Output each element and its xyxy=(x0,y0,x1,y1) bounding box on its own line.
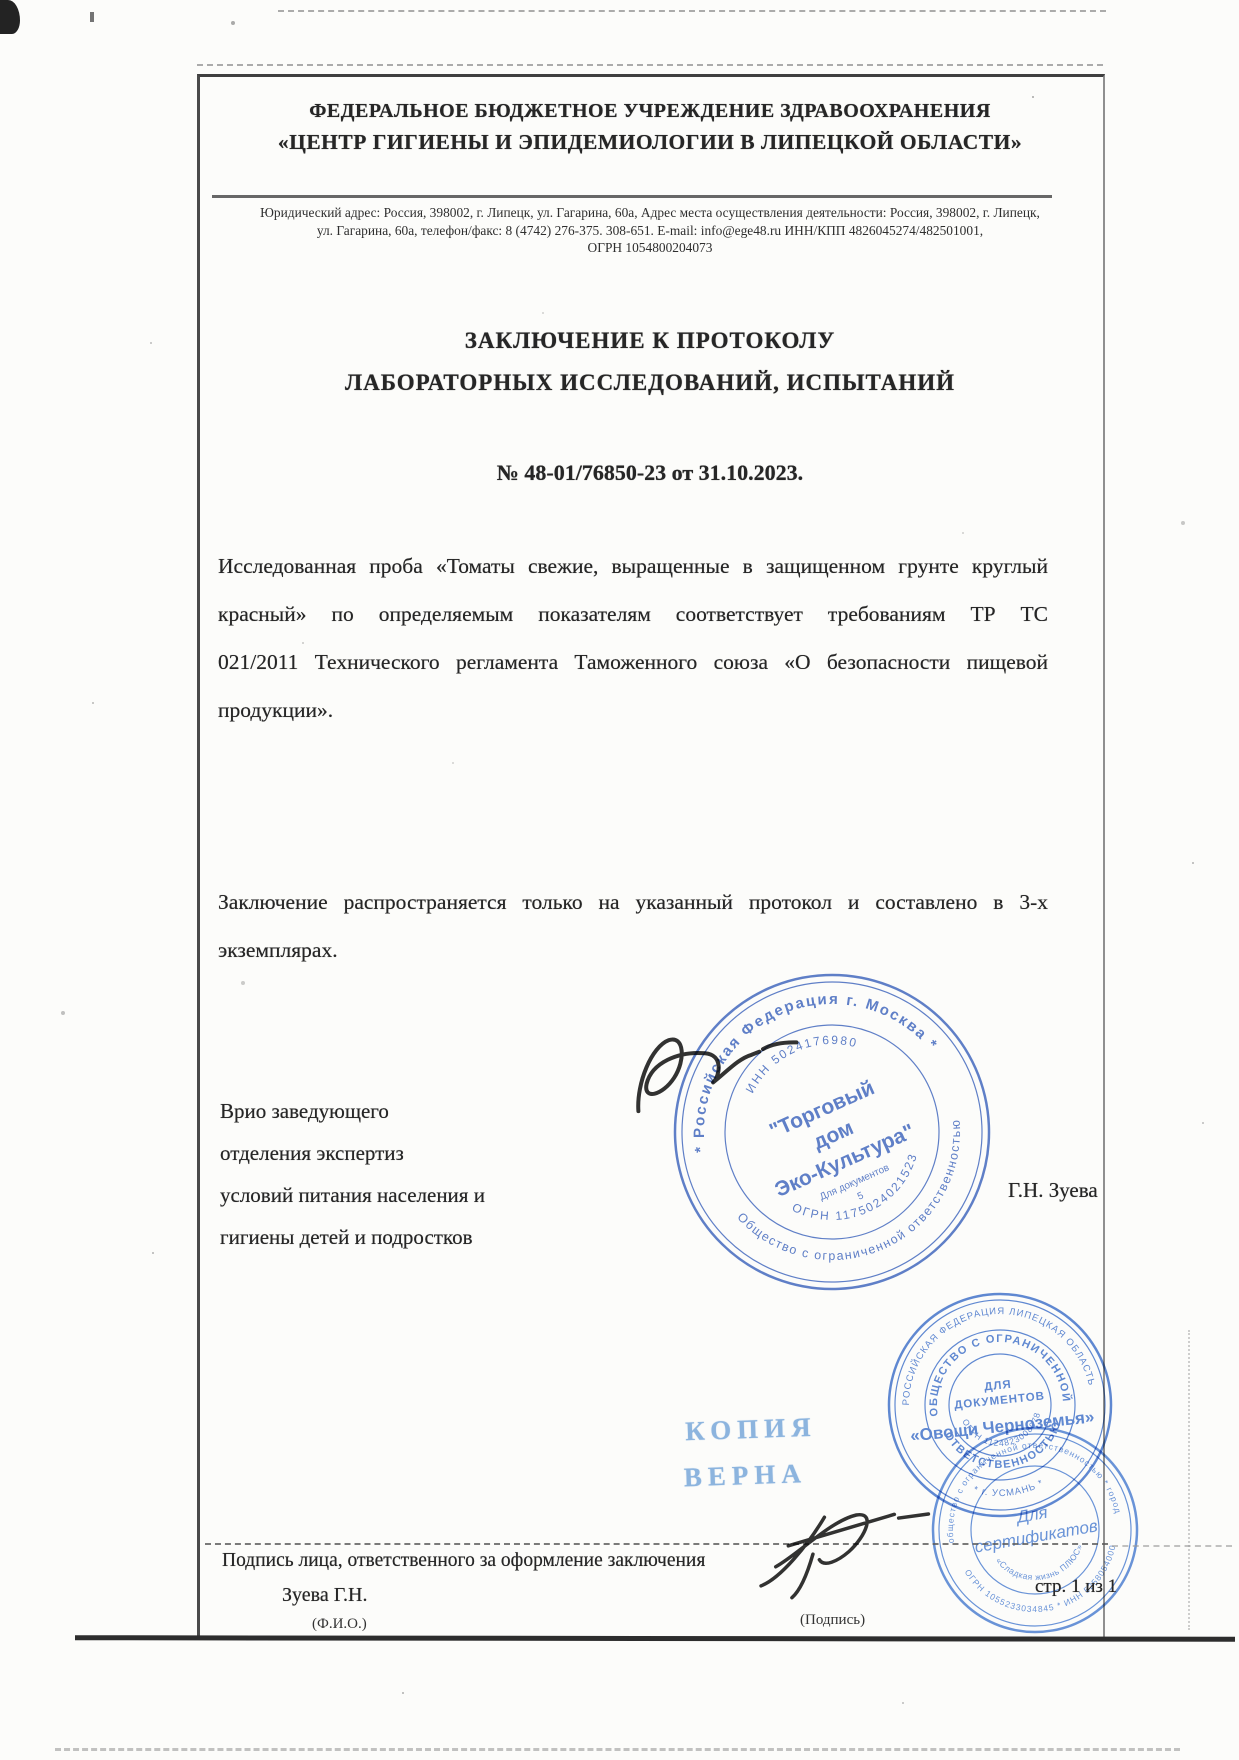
document-title-line1: ЗАКЛЮЧЕНИЕ К ПРОТОКОЛУ xyxy=(200,328,1100,354)
frame-top-ghost-line xyxy=(197,64,1103,66)
footer-caption: Подпись лица, ответственного за оформлен… xyxy=(222,1550,705,1572)
signature-stroke-graphic xyxy=(744,1476,942,1604)
org-name-line1: ФЕДЕРАЛЬНОЕ БЮДЖЕТНОЕ УЧРЕЖДЕНИЕ ЗДРАВОО… xyxy=(200,100,1100,123)
signatory-position-line1: Врио заведующего xyxy=(220,1090,485,1132)
scanned-document-page: ФЕДЕРАЛЬНОЕ БЮДЖЕТНОЕ УЧРЕЖДЕНИЕ ЗДРАВОО… xyxy=(0,0,1239,1760)
stamp2-center-line1: ДЛЯ xyxy=(984,1379,1013,1394)
org-address-line3: ОГРН 1054800204073 xyxy=(200,239,1100,257)
scan-corner-blob xyxy=(0,0,20,34)
copy-verna-line1: КОПИЯ xyxy=(684,1404,817,1455)
document-title-line2: ЛАБОРАТОРНЫХ ИССЛЕДОВАНИЙ, ИСПЫТАНИЙ xyxy=(200,370,1100,396)
signatory-position-line3: условий питания населения и xyxy=(220,1174,485,1216)
scan-specks xyxy=(0,0,2,2)
conclusion-paragraph: Исследованная проба «Томаты свежие, выра… xyxy=(218,542,1048,734)
org-address-line2: ул. Гагарина, 60а, телефон/факс: 8 (4742… xyxy=(200,222,1100,240)
signatory-name: Г.Н. Зуева xyxy=(1008,1178,1098,1203)
handwritten-signature-footer xyxy=(744,1476,942,1604)
header-divider xyxy=(212,195,1052,198)
scan-edge-streak xyxy=(1188,1330,1190,1630)
org-name-line2: «ЦЕНТР ГИГИЕНЫ И ЭПИДЕМИОЛОГИИ В ЛИПЕЦКО… xyxy=(200,130,1100,155)
footer-fio-label: (Ф.И.О.) xyxy=(312,1616,367,1633)
signatory-position-line2: отделения экспертиз xyxy=(220,1132,485,1174)
scan-noise-line-bottom xyxy=(55,1748,1180,1751)
stamp-circle-graphic: общество с ограниченной ответственностью… xyxy=(908,1403,1163,1658)
footer-sign-label: (Подпись) xyxy=(800,1612,865,1629)
stamp2-center-line2: ДОКУМЕНТОВ xyxy=(954,1390,1046,1411)
footer-divider xyxy=(205,1543,1108,1545)
bottom-frame-line xyxy=(75,1635,1235,1642)
stamp1-number-label: 5 xyxy=(856,1190,866,1202)
scan-tick-mark xyxy=(90,12,94,22)
org-address-block: Юридический адрес: Россия, 398002, г. Ли… xyxy=(200,204,1100,257)
stamp3-center-line1: Для xyxy=(1014,1503,1049,1527)
document-number: № 48-01/76850-23 от 31.10.2023. xyxy=(200,460,1100,486)
scan-noise-line-top xyxy=(278,10,1106,12)
signatory-position-line4: гигиены детей и подростков xyxy=(220,1216,485,1258)
signatory-position-block: Врио заведующего отделения экспертиз усл… xyxy=(220,1090,485,1258)
page-number-label: стр. 1 из 1 xyxy=(1035,1576,1117,1598)
org-address-line1: Юридический адрес: Россия, 398002, г. Ли… xyxy=(200,204,1100,222)
footer-fio-value: Зуева Г.Н. xyxy=(282,1584,367,1607)
footer-divider-extension xyxy=(1112,1545,1232,1547)
round-stamp-dlya-sertifikatov: общество с ограниченной ответственностью… xyxy=(908,1403,1163,1658)
